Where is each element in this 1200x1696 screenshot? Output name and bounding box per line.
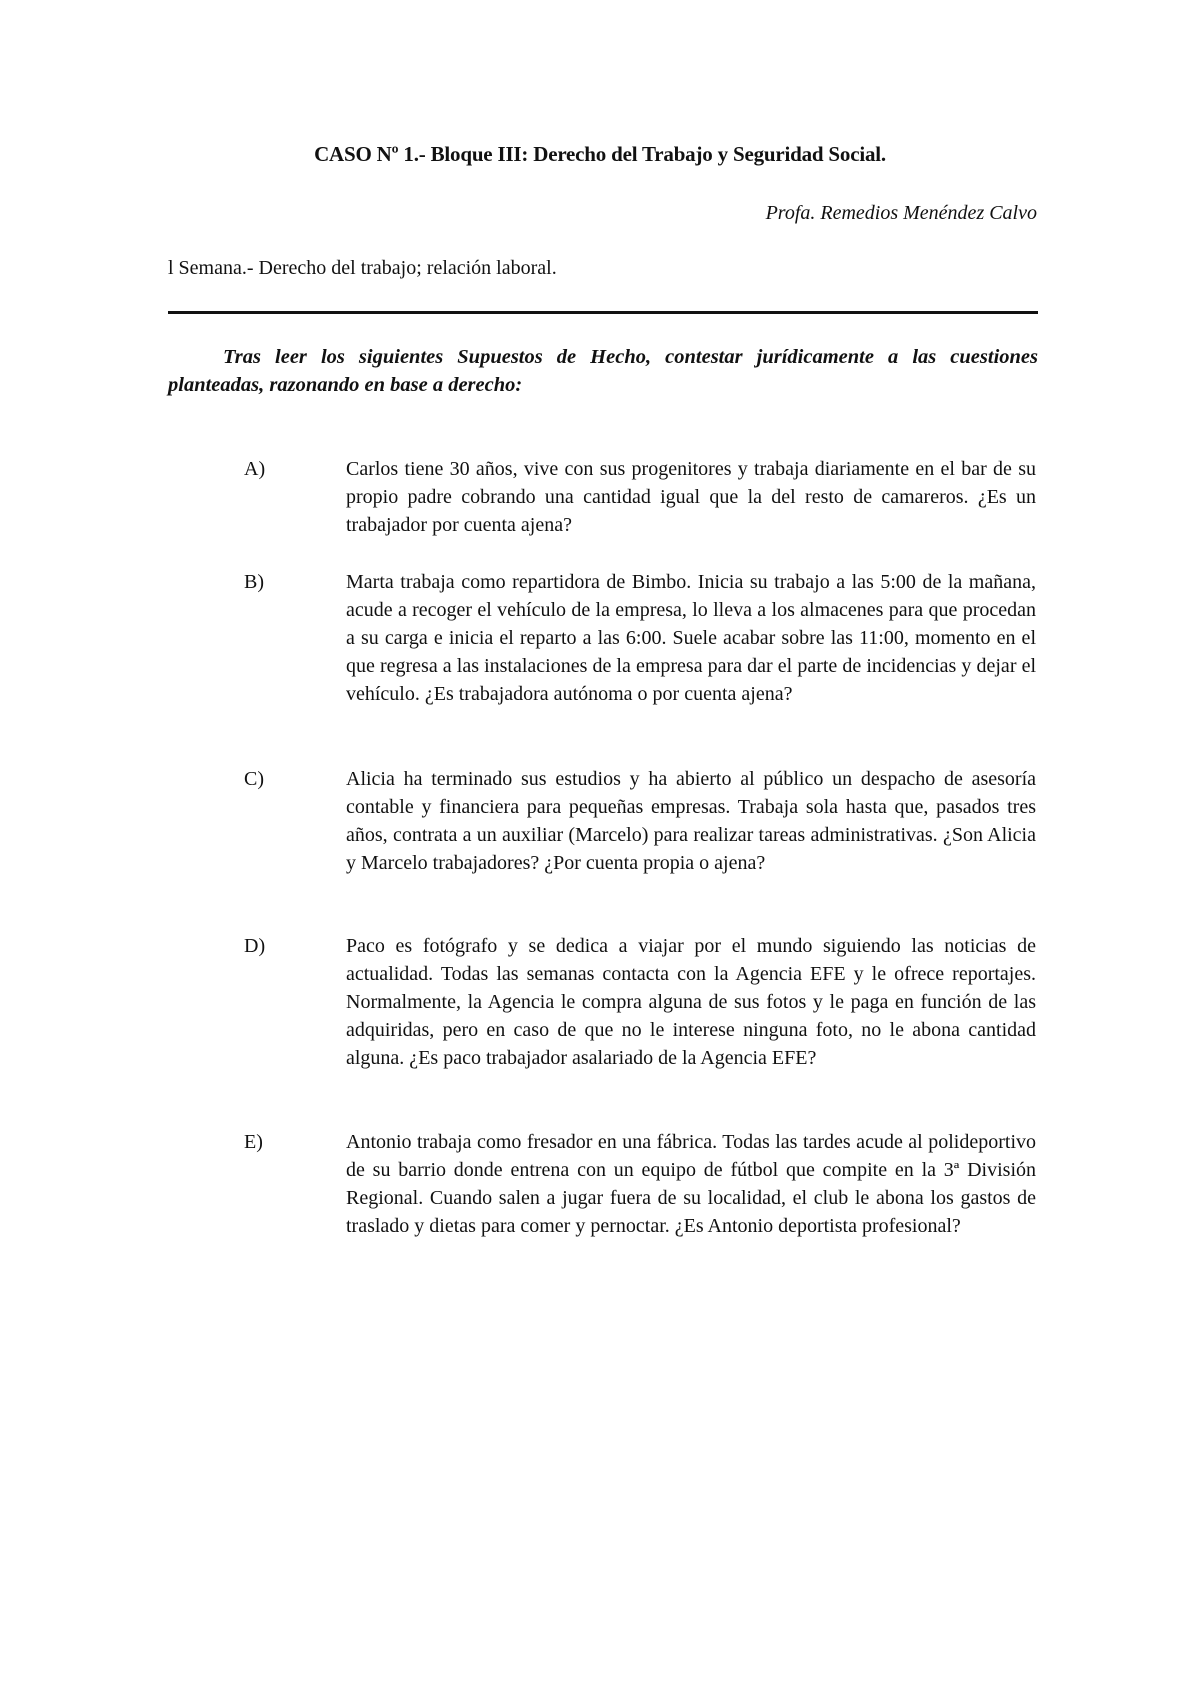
case-text: Paco es fotógrafo y se dedica a viajar p… [346, 932, 1036, 1072]
case-letter: B) [244, 568, 264, 596]
case-text: Antonio trabaja como fresador en una fáb… [346, 1128, 1036, 1240]
author-name: Profa. Remedios Menéndez Calvo [766, 202, 1037, 225]
case-letter: E) [244, 1128, 263, 1156]
case-letter: C) [244, 765, 264, 793]
case-letter: D) [244, 932, 265, 960]
document-page: CASO Nº 1.- Bloque III: Derecho del Trab… [0, 0, 1200, 1696]
case-text: Alicia ha terminado sus estudios y ha ab… [346, 765, 1036, 877]
case-text: Marta trabaja como repartidora de Bimbo.… [346, 568, 1036, 708]
case-letter: A) [244, 455, 265, 483]
week-subtitle: l Semana.- Derecho del trabajo; relación… [168, 257, 557, 280]
horizontal-divider [168, 311, 1038, 314]
document-title: CASO Nº 1.- Bloque III: Derecho del Trab… [0, 142, 1200, 167]
instructions-paragraph: Tras leer los siguientes Supuestos de He… [168, 343, 1038, 399]
case-text: Carlos tiene 30 años, vive con sus proge… [346, 455, 1036, 539]
